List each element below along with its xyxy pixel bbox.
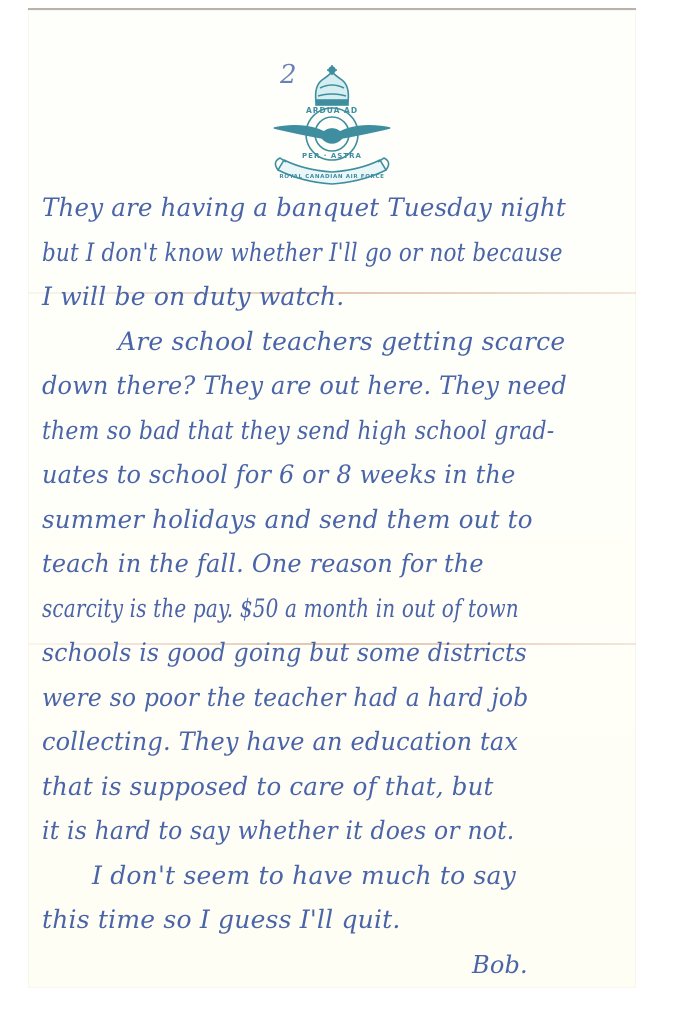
letter-line: uates to school for 6 or 8 weeks in the [42,453,618,498]
letter-body: They are having a banquet Tuesday night … [42,186,642,987]
svg-text:PER · ASTRA: PER · ASTRA [302,152,362,160]
letter-line: Are school teachers getting scarce [42,320,642,365]
rcaf-crest-icon: ARDUA AD PER · ASTRA ROYAL CANADIAN AIR … [264,62,400,186]
letter-line: schools is good going but some districts [42,631,606,676]
letter-line: summer holidays and send them out to [42,498,630,543]
letter-line: down there? They are out here. They need [42,364,618,409]
letter-line: I don't seem to have much to say [42,854,642,899]
letter-line: it is hard to say whether it does or not… [42,809,606,854]
letter-line: them so bad that they send high school g… [42,409,570,454]
letter-line: They are having a banquet Tuesday night [42,186,630,231]
svg-text:ROYAL CANADIAN AIR FORCE: ROYAL CANADIAN AIR FORCE [279,174,384,180]
letter-page: 2 ARDUA A [28,8,636,988]
letter-line: were so poor the teacher had a hard job [42,676,606,721]
letter-line: but I don't know whether I'll go or not … [42,231,558,276]
letter-line: teach in the fall. One reason for the [42,542,618,587]
letter-line: collecting. They have an education tax [42,720,618,765]
signature: Bob. [42,943,642,988]
letter-line: that is supposed to care of that, but [42,765,630,810]
letter-line: this time so I guess I'll quit. [42,898,642,943]
letter-line: I will be on duty watch. [42,275,642,320]
letter-line: scarcity is the pay. $50 a month in out … [42,587,522,632]
svg-text:ARDUA AD: ARDUA AD [306,106,358,115]
